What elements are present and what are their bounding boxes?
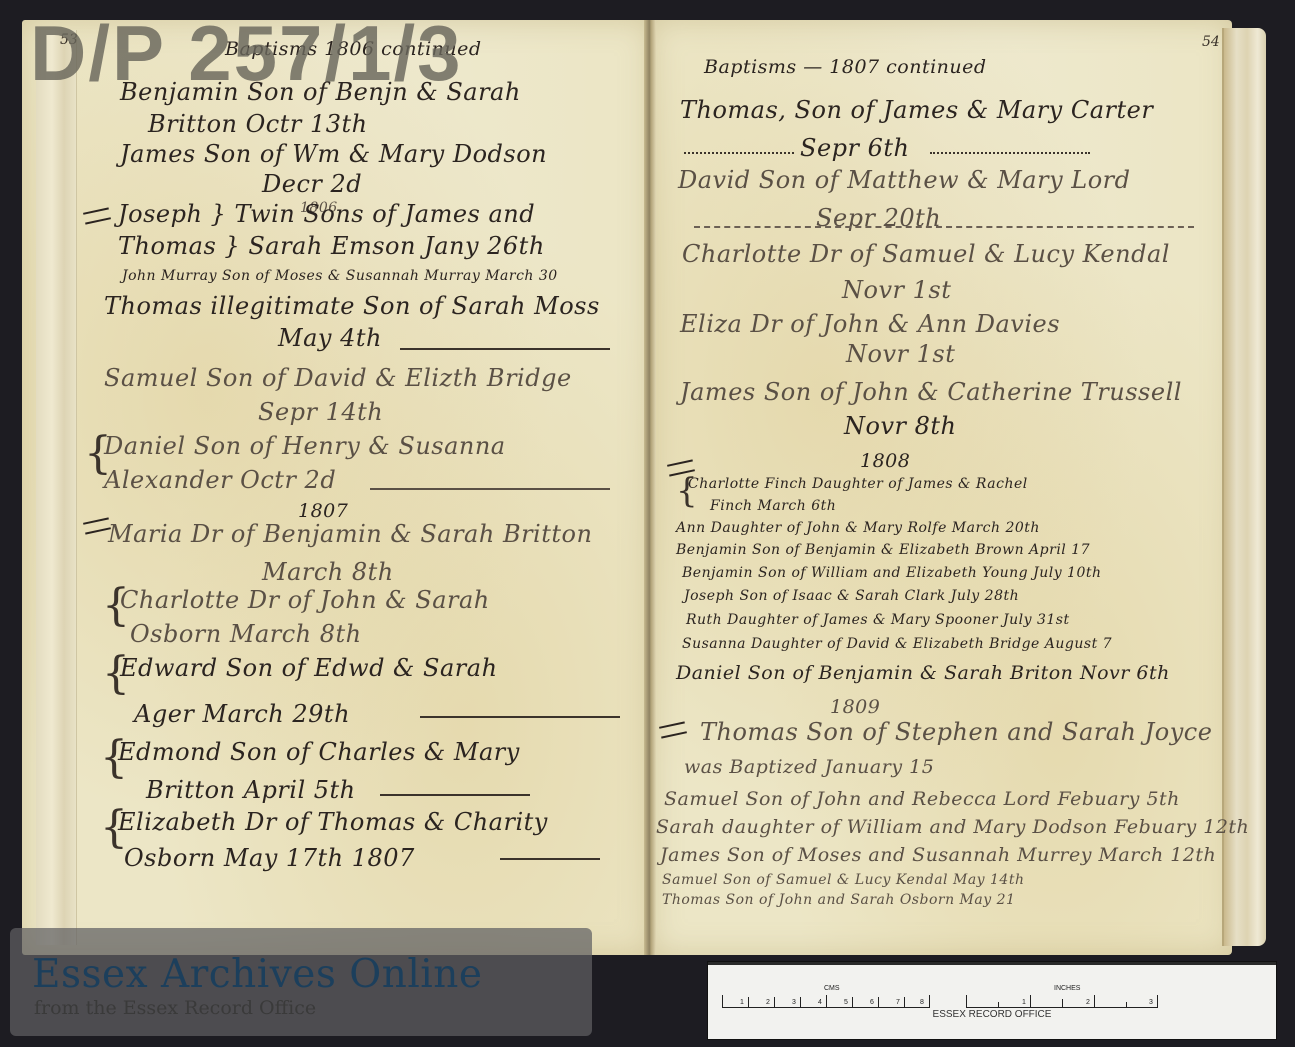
register-entry: Osborn May 17th 1807 bbox=[124, 844, 415, 872]
register-entry: Samuel Son of John and Rebecca Lord Febu… bbox=[664, 788, 1180, 810]
register-entry: James Son of Moses and Susannah Murrey M… bbox=[660, 844, 1216, 866]
register-entry: Benjamin Son of Benjamin & Elizabeth Bro… bbox=[676, 542, 1090, 558]
ruler-inches-label: INCHES bbox=[1054, 985, 1080, 992]
register-entry: Thomas Son of John and Sarah Osborn May … bbox=[662, 892, 1015, 908]
year-heading-1808: 1808 bbox=[860, 450, 910, 472]
register-entry-date: Britton Octr 13th bbox=[148, 110, 368, 138]
ruler-tick-label: 6 bbox=[870, 999, 874, 1006]
register-entry: David Son of Matthew & Mary Lord bbox=[678, 166, 1130, 194]
ruler-inch-scale: 1 2 3 bbox=[966, 995, 1158, 1008]
right-page-heading: Baptisms — 1807 continued bbox=[704, 56, 987, 78]
ruler-tick-label: 2 bbox=[1086, 999, 1090, 1006]
register-entry: Joseph } Twin Sons of James and bbox=[118, 200, 535, 228]
ruler-tick-label: 1 bbox=[740, 999, 744, 1006]
ruler-cms-label: CMS bbox=[824, 985, 840, 992]
register-entry: Elizabeth Dr of Thomas & Charity bbox=[118, 808, 548, 836]
year-heading-1809: 1809 bbox=[830, 696, 880, 718]
document-reference-watermark: D/P 257/1/3 bbox=[30, 14, 463, 92]
register-entry: was Baptized January 15 bbox=[684, 756, 934, 778]
register-entry: Samuel Son of Samuel & Lucy Kendal May 1… bbox=[662, 872, 1024, 888]
right-page-number: 54 bbox=[1202, 34, 1220, 50]
year-heading: 1807 bbox=[298, 500, 348, 522]
register-entry: Daniel Son of Henry & Susanna bbox=[104, 432, 506, 460]
dash-rule bbox=[500, 858, 600, 860]
register-entry: Samuel Son of David & Elizth Bridge bbox=[104, 364, 572, 392]
ruler-tick-label: 7 bbox=[896, 999, 900, 1006]
register-entry: Maria Dr of Benjamin & Sarah Britton bbox=[108, 520, 592, 548]
register-entry-date: March 8th bbox=[262, 558, 394, 586]
ruler-tick bbox=[722, 995, 723, 1007]
register-entry: Charlotte Dr of Samuel & Lucy Kendal bbox=[682, 240, 1170, 268]
register-entry: Charlotte Finch Daughter of James & Rach… bbox=[688, 476, 1028, 492]
register-entry: Susanna Daughter of David & Elizabeth Br… bbox=[682, 636, 1112, 652]
register-entry: James Son of Wm & Mary Dodson bbox=[120, 140, 547, 168]
ruler-tick-label: 3 bbox=[1149, 999, 1153, 1006]
register-entry: James Son of John & Catherine Trussell bbox=[680, 378, 1182, 406]
register-entry: Benjamin Son of William and Elizabeth Yo… bbox=[682, 565, 1102, 581]
register-entry-date: Decr 2d bbox=[262, 170, 362, 198]
register-entry: Britton April 5th bbox=[146, 776, 356, 804]
register-entry: Thomas, Son of James & Mary Carter bbox=[680, 96, 1153, 124]
ruler-tick-label: 2 bbox=[766, 999, 770, 1006]
register-entry-date: Sepr 6th bbox=[800, 134, 909, 162]
ruler-tick-label: 3 bbox=[792, 999, 796, 1006]
register-entry: Thomas } Sarah Emson Jany 26th bbox=[118, 232, 545, 260]
book-gutter bbox=[644, 20, 656, 955]
register-entry-date: Novr 8th bbox=[844, 412, 956, 440]
scale-ruler: CMS 1 2 3 4 5 6 7 8 INCHES 1 2 3 ESSEX R… bbox=[708, 962, 1276, 1039]
dash-rule bbox=[400, 348, 610, 350]
dash-rule bbox=[370, 488, 610, 490]
register-entry-date: Sepr 14th bbox=[258, 398, 383, 426]
register-entry: Ager March 29th bbox=[134, 700, 350, 728]
register-entry: Thomas illegitimate Son of Sarah Moss bbox=[104, 292, 600, 320]
register-entry: Edmond Son of Charles & Mary bbox=[118, 738, 520, 766]
register-entry: Daniel Son of Benjamin & Sarah Briton No… bbox=[676, 662, 1170, 684]
ruler-tick-label: 4 bbox=[818, 999, 822, 1006]
register-entry: Ruth Daughter of James & Mary Spooner Ju… bbox=[686, 612, 1070, 628]
register-entry: Thomas Son of Stephen and Sarah Joyce bbox=[700, 718, 1212, 746]
dash-rule bbox=[930, 152, 1090, 154]
register-entry: John Murray Son of Moses & Susannah Murr… bbox=[122, 268, 558, 284]
dash-rule bbox=[380, 794, 530, 796]
ruler-caption: ESSEX RECORD OFFICE bbox=[708, 1009, 1276, 1020]
ruler-tick-label: 8 bbox=[920, 999, 924, 1006]
archive-logo-title: Essex Archives Online bbox=[32, 952, 482, 997]
register-entry: Eliza Dr of John & Ann Davies bbox=[680, 310, 1060, 338]
register-entry-date: Novr 1st bbox=[846, 340, 955, 368]
ruler-cm-scale: 1 2 3 4 5 6 7 8 bbox=[722, 995, 930, 1008]
register-entry: Ann Daughter of John & Mary Rolfe March … bbox=[676, 520, 1040, 536]
page-edges bbox=[1222, 28, 1266, 946]
dash-rule bbox=[684, 152, 794, 154]
dash-rule bbox=[420, 716, 620, 718]
register-entry: Edward Son of Edwd & Sarah bbox=[120, 654, 498, 682]
register-entry: Alexander Octr 2d bbox=[104, 466, 336, 494]
register-entry: Charlotte Dr of John & Sarah bbox=[120, 586, 490, 614]
ruler-tick-label: 1 bbox=[1022, 999, 1026, 1006]
register-entry-date: Novr 1st bbox=[842, 276, 951, 304]
register-entry: Sarah daughter of William and Mary Dodso… bbox=[656, 816, 1249, 838]
register-entry: Finch March 6th bbox=[710, 498, 836, 514]
register-entry: Osborn March 8th bbox=[130, 620, 362, 648]
register-entry-date: May 4th bbox=[278, 324, 382, 352]
archive-logo-subtitle: from the Essex Record Office bbox=[34, 997, 316, 1019]
register-entry: Joseph Son of Isaac & Sarah Clark July 2… bbox=[684, 588, 1019, 604]
ruler-tick-label: 5 bbox=[844, 999, 848, 1006]
dash-rule bbox=[694, 226, 1194, 228]
